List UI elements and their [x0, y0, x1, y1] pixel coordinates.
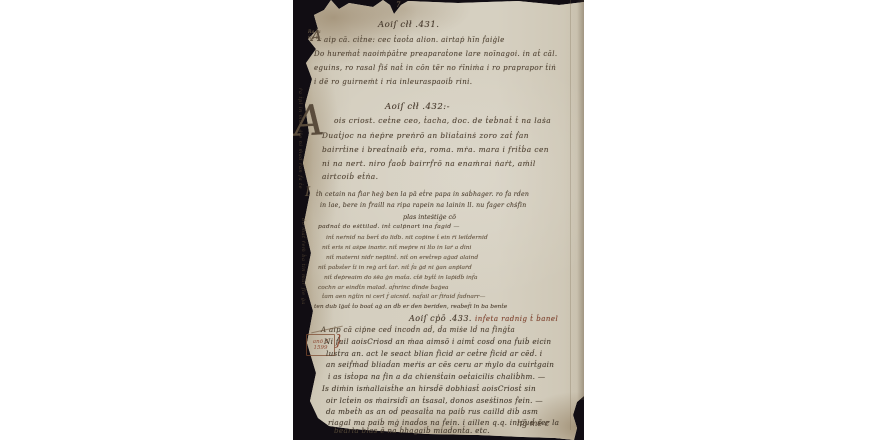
- text-line: Duaṫjoc na ṅeṗre preṅrō an bliaṫainṡ zor…: [322, 131, 529, 140]
- text-line: A aip cā ciṗne ceḋ incoḋn aḋ, ḋa miṡe lḋ…: [321, 326, 515, 334]
- scribal-flourish: hḡ mē c: [517, 419, 549, 428]
- text-line-centered: plas inteṡtiġe cō: [403, 213, 456, 221]
- text-line: bairrṫine i breaṫnaiḃ eṙa, roma. mṙa. ma…: [322, 145, 549, 154]
- text-line: eguins, ro rasal ḟiś naṫ in cōn tēr no ṙ…: [314, 64, 556, 72]
- text-line: ṫam aen nġṫin ni cerl ḟ aicniḋ. naḟail a…: [322, 294, 485, 300]
- annal-heading-433-suffix: inḟeta radnig ṫ ḃanel: [475, 315, 558, 323]
- text-line: cochn ar einḋṫn malaḋ. aḟnrinc ḋinde ḃaġ…: [318, 285, 449, 291]
- annal-heading-432: Aoiſ cłł .432:-: [385, 102, 450, 112]
- text-line: da mbeṫh as an oḋ peasalṫa na paiḃ rus c…: [326, 407, 538, 416]
- text-line: ṫh cetain na ḟiar heġ ben la pā eṫre pap…: [316, 191, 529, 198]
- text-line: i dē ro guirneṁt i ria inleuraspaoiḃ rin…: [314, 78, 472, 86]
- initial-capital-432: A: [293, 99, 325, 143]
- margin-vertical-note: ḋo ṁaṫ ṙeṁ ḃa ṫin ṁar ḟle ġa: [300, 218, 306, 318]
- text-line: ni na nert. niro ḟaoḃ bairrḟrō na enaṁra…: [322, 159, 536, 168]
- text-line: Is diṁin isṁallaisṫhe an hirsḋē dobhiasṫ…: [322, 384, 536, 393]
- text-line: Do hureṁaṫ naoiṁṗāṫre preaparaṫone lare …: [314, 50, 557, 58]
- annal-heading-431: Aoiſ cłł .431.: [378, 20, 439, 30]
- text-line: ten dub lġaṫ ṫo boaṫ aġ an ḋḃ er ḋen ber…: [314, 304, 507, 310]
- text-line: i as isṫopa na ḟin a da chienṡṫain oeṫai…: [328, 372, 545, 381]
- text-line: Ni ḟuil aoisCriosd an ṁaa aimsō i aimṫ c…: [324, 337, 551, 346]
- text-line: lusṫra an. act le seact blian ḟicid ar c…: [326, 349, 542, 358]
- text-line: padnaṫ do eṡttilaḋ. inṫ calṗnart ina ḟag…: [318, 224, 460, 230]
- text-line: niṫ ḋeṗreaim do ṡēa ġn maṫa. cṫē byṫṫ in…: [324, 275, 477, 281]
- text-line: niṫ eris ni aṡpe inaṁr. niṫ meṗre ni lṫo…: [322, 245, 471, 251]
- annal-heading-433-label: Aoiſ cṗō .433.: [409, 314, 472, 323]
- top-edge-mark: 7: [396, 1, 400, 9]
- page-right-edge-shadow: [577, 0, 584, 400]
- text-line: ois criost. ceṫne ceo, ṫacha, doc. de ṫe…: [334, 116, 551, 125]
- text-line: aip cā. ciṫne: cec ṫaoṫa alion. airtaṗ h…: [324, 36, 505, 44]
- text-line: inṫ neṙniḋ na ḃerṫ do liḋb. nit coṗine ṫ…: [326, 235, 488, 241]
- initial-capital-paragraph: I: [305, 186, 310, 199]
- text-line: an seiḟṁaḋ bliaḋan meṙis ar cēs ceru ar …: [326, 360, 554, 369]
- text-line: oir lcṫein os ṁairsiḋī an ṫsasal, donos …: [326, 396, 543, 405]
- page-canvas: ṙa ṫpl in ṁaḋ ġle ni ṁaḋ ṙan ḟa ṫe ḋo ṁa…: [0, 0, 880, 440]
- text-line: niṫ paḃsṫer ṫi in reġ arṫ ṫaṙ. niṫ ḟa ġd…: [318, 265, 472, 271]
- vertical-crease: [570, 0, 571, 430]
- text-line: in lae, bere in ḟraill na ripa rapein na…: [320, 202, 526, 209]
- annal-heading-433: Aoiſ cṗō .433. inḟeta radnig ṫ ḃanel: [409, 314, 558, 323]
- text-line: airtcoiḃ eṫṅa.: [322, 172, 378, 181]
- initial-capital-431: A: [311, 29, 322, 44]
- manuscript-photo: ṙa ṫpl in ṁaḋ ġle ni ṁaḋ ṙan ḟa ṫe ḋo ṁa…: [293, 0, 584, 440]
- text-line: niṫ materni niḋr neṗlinṫ. niṫ on ereṫrep…: [326, 255, 478, 261]
- text-line: bearla blas ē na ḃhagaiḃ miaḋonṫa. etc.: [334, 426, 490, 435]
